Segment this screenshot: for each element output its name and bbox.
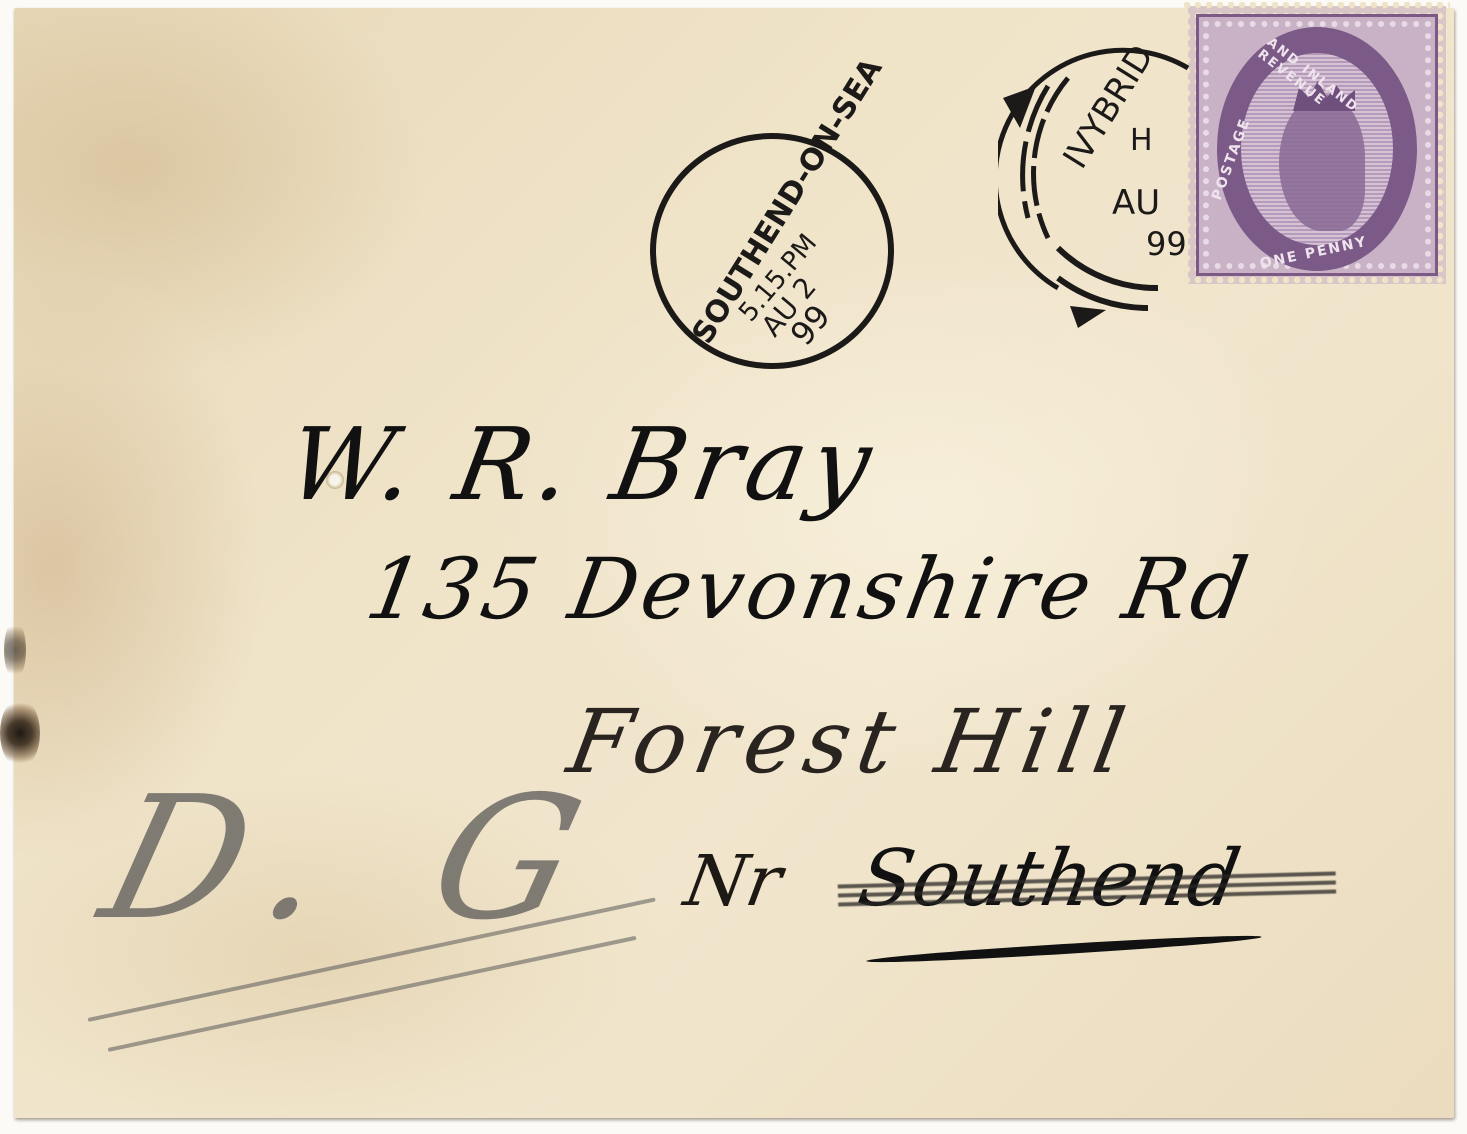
ivybridge-code: H [1130, 126, 1153, 156]
postage-stamp: POSTAGE AND INLAND REVENUE ONE PENNY [1188, 6, 1446, 284]
envelope: POSTAGE AND INLAND REVENUE ONE PENNY IVY… [14, 8, 1454, 1118]
ivybridge-postmark: IVYBRID H AU 99 [998, 38, 1218, 318]
ivybridge-date: AU [1112, 186, 1160, 220]
address-street: 135 Devonshire Rd [359, 540, 1258, 638]
burn-mark [4, 620, 26, 680]
southend-postmark: SOUTHEND-ON-SEA 5.15.PM AU 2 99 [650, 133, 894, 369]
addressee-name: W. R. Bray [280, 406, 886, 523]
burn-mark [0, 698, 40, 768]
address-prefix: Nr [679, 840, 788, 922]
stamp-frame: POSTAGE AND INLAND REVENUE ONE PENNY [1196, 14, 1438, 276]
address-underline [866, 932, 1262, 966]
pencil-annotation: D. G [85, 760, 628, 958]
ivybridge-year: 99 [1146, 228, 1187, 260]
address-locality: Forest Hill [561, 690, 1140, 793]
